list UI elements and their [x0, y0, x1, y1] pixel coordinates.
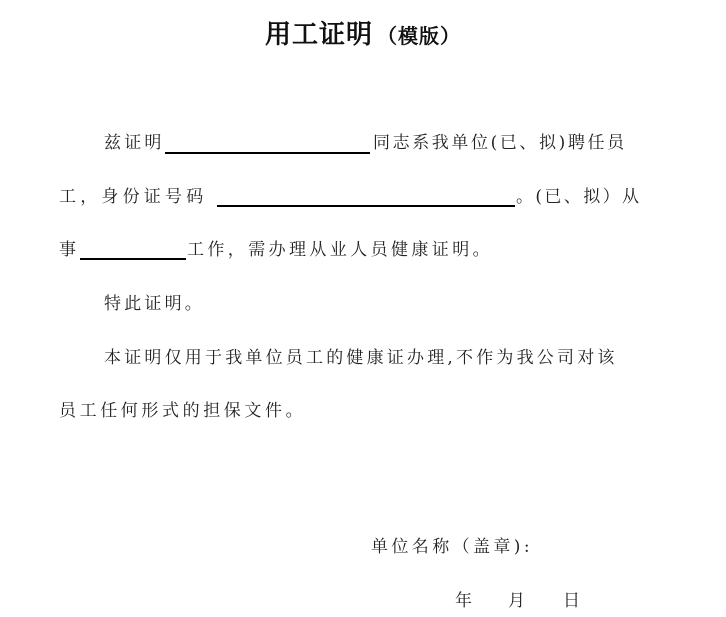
para1-line2-suffix: 。(已、拟）从: [516, 185, 641, 209]
date-year-label: 年: [455, 589, 475, 613]
para1-line3-suffix: 工作，需办理从业人员健康证明。: [187, 238, 493, 262]
job-blank-field[interactable]: [80, 258, 186, 260]
para1-line1-prefix: 兹证明: [104, 131, 165, 155]
para1-line2-prefix: 工，身份证号码: [59, 185, 207, 209]
title-main: 用工证明: [265, 20, 373, 50]
para1-line3-prefix: 事: [59, 238, 79, 262]
para2-text: 特此证明。: [104, 292, 205, 316]
para3-line1: 本证明仅用于我单位员工的健康证办理,不作为我公司对该: [104, 346, 618, 370]
unit-name-seal-label: 单位名称（盖章):: [371, 535, 533, 559]
date-day-label: 日: [563, 589, 583, 613]
name-blank-field[interactable]: [165, 152, 370, 154]
para1-line1-suffix: 同志系我单位(已、拟)聘任员: [373, 131, 627, 155]
para3-line2: 员工任何形式的担保文件。: [59, 399, 306, 423]
title-suffix: （模版）: [377, 24, 461, 48]
date-month-label: 月: [508, 589, 528, 613]
document-title: 用工证明（模版）: [0, 14, 726, 51]
id-number-blank-field[interactable]: [217, 205, 515, 207]
